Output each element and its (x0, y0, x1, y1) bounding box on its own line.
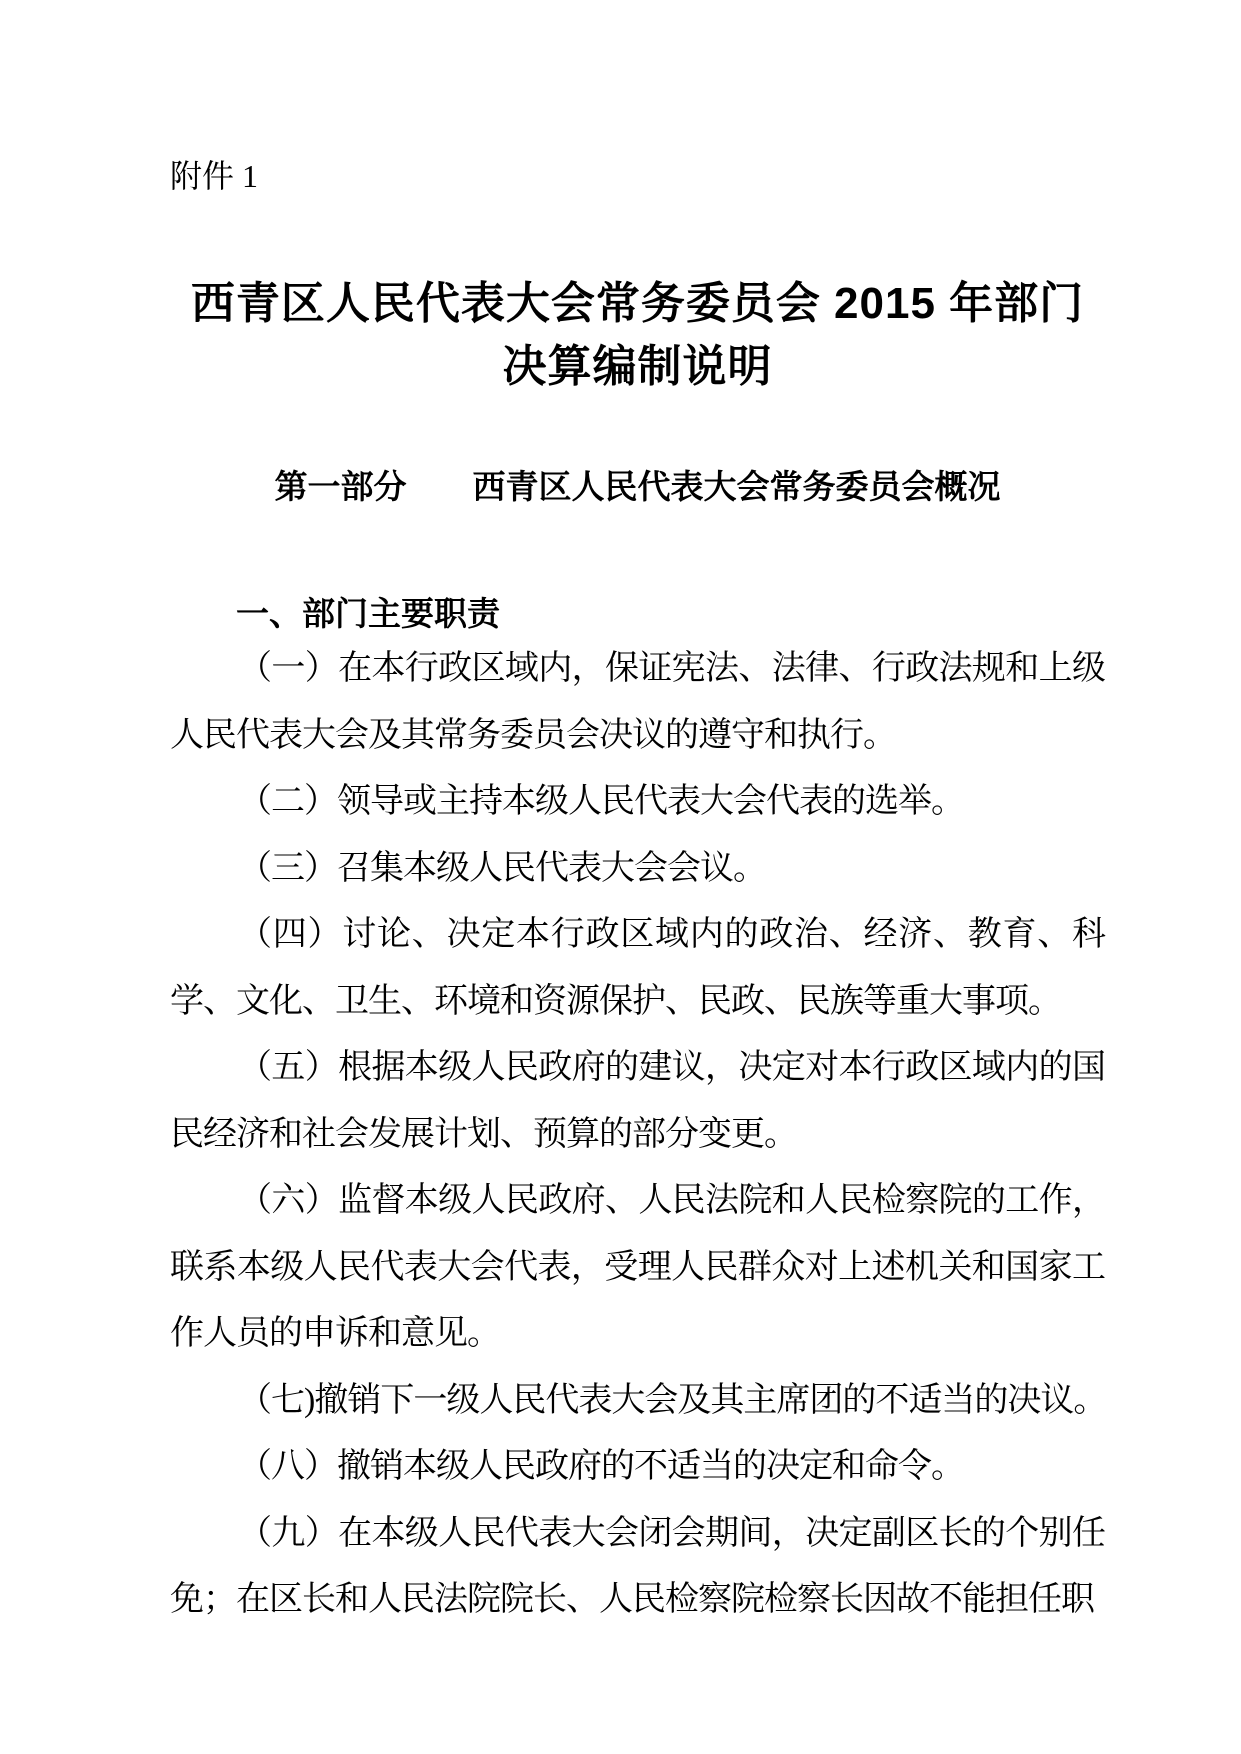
document-title-line1: 西青区人民代表大会常务委员会 2015 年部门 (170, 272, 1105, 335)
document-page: 附件 1 西青区人民代表大会常务委员会 2015 年部门 决算编制说明 第一部分… (0, 0, 1241, 1754)
section-body: （一）在本行政区域内，保证宪法、法律、行政法规和上级人民代表大会及其常务委员会决… (170, 636, 1105, 1634)
section-one-heading: 一、部门主要职责 (170, 595, 1105, 636)
paragraph-6: （六）监督本级人民政府、人民法院和人民检察院的工作，联系本级人民代表大会代表，受… (170, 1168, 1105, 1368)
paragraph-2: （二）领导或主持本级人民代表大会代表的选举。 (170, 769, 1105, 836)
paragraph-5: （五）根据本级人民政府的建议，决定对本行政区域内的国民经济和社会发展计划、预算的… (170, 1035, 1105, 1168)
paragraph-8: （八）撤销本级人民政府的不适当的决定和命令。 (170, 1434, 1105, 1501)
paragraph-3: （三）召集本级人民代表大会会议。 (170, 836, 1105, 903)
document-title-line2: 决算编制说明 (170, 335, 1105, 398)
document-title: 西青区人民代表大会常务委员会 2015 年部门 决算编制说明 (170, 272, 1105, 398)
part-one-heading: 第一部分 西青区人民代表大会常务委员会概况 (170, 466, 1105, 507)
attachment-label: 附件 1 (170, 156, 1105, 196)
paragraph-1: （一）在本行政区域内，保证宪法、法律、行政法规和上级人民代表大会及其常务委员会决… (170, 636, 1105, 769)
paragraph-4: （四）讨论、决定本行政区域内的政治、经济、教育、科学、文化、卫生、环境和资源保护… (170, 902, 1105, 1035)
paragraph-7: （七)撤销下一级人民代表大会及其主席团的不适当的决议。 (170, 1368, 1105, 1435)
paragraph-9: （九）在本级人民代表大会闭会期间，决定副区长的个别任免；在区长和人民法院院长、人… (170, 1501, 1105, 1634)
